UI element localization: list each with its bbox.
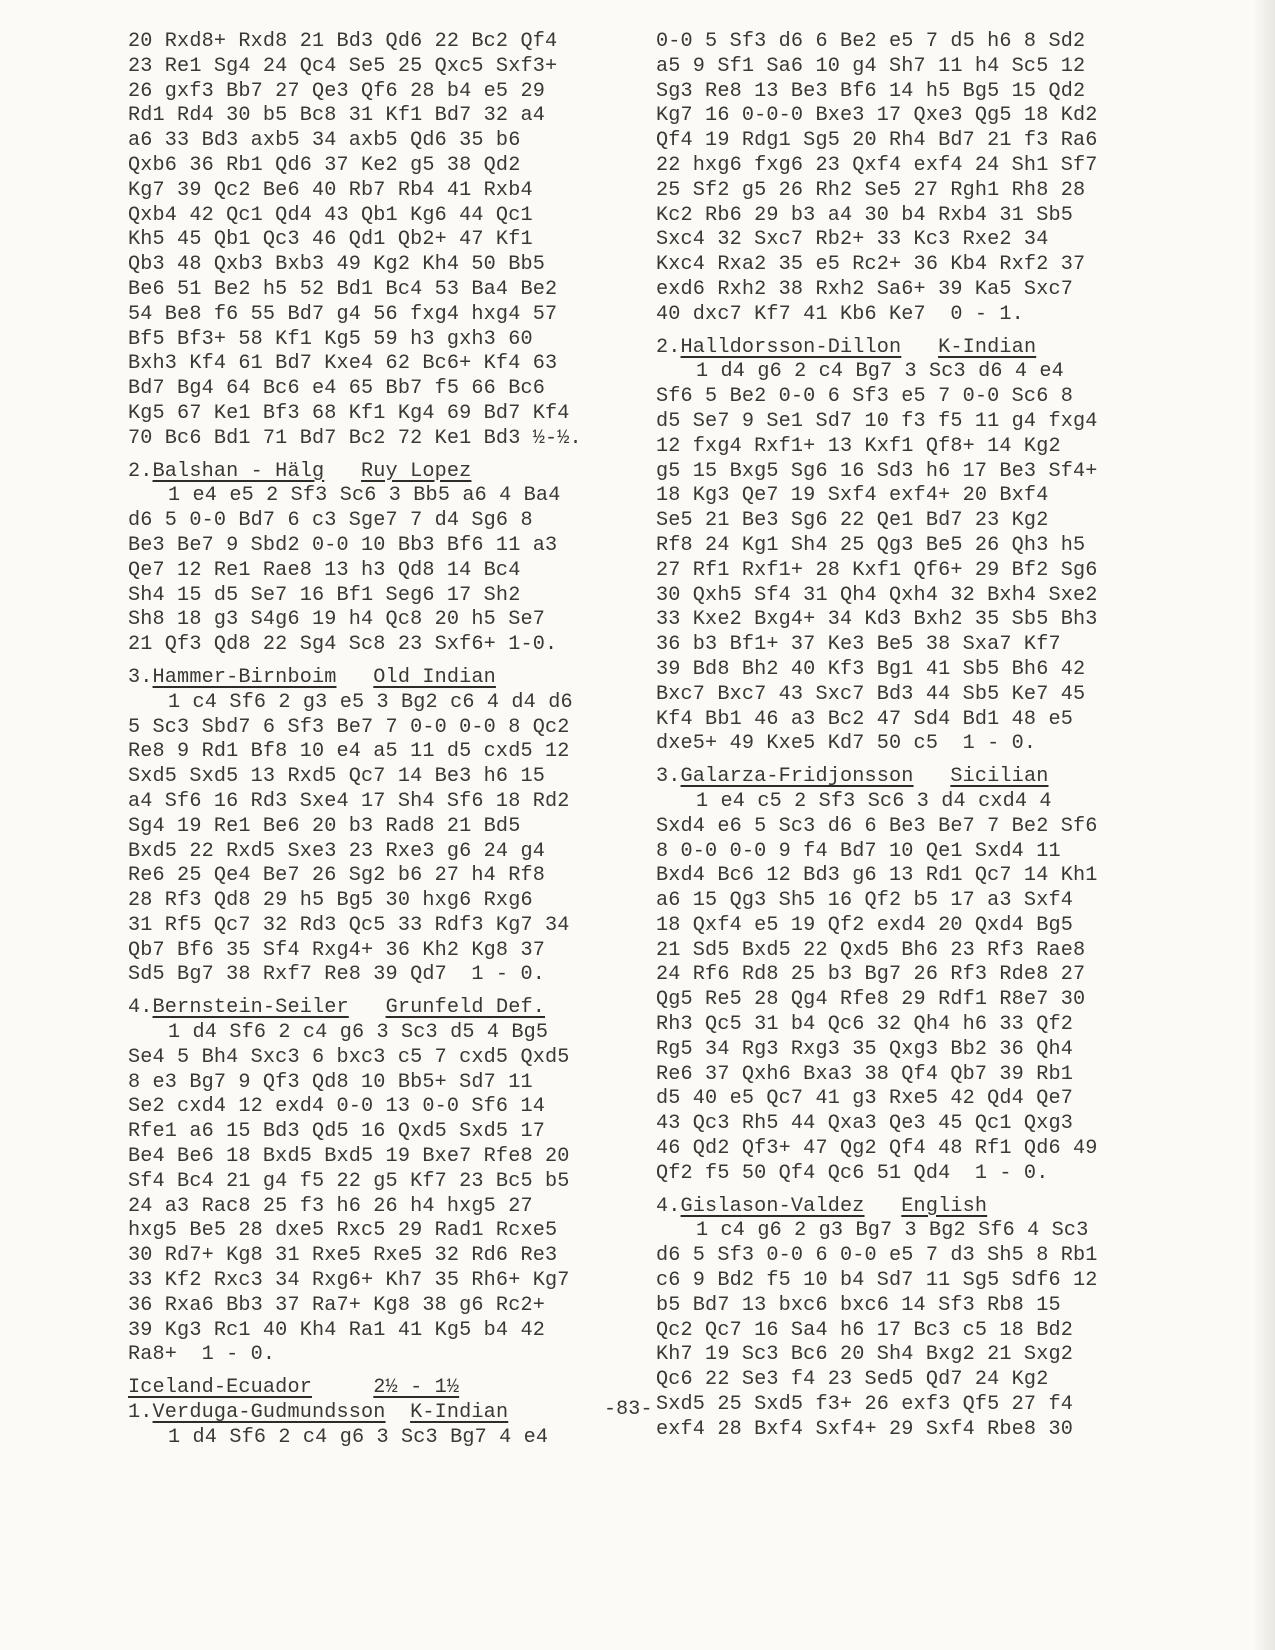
game-move-line: Qxb4 42 Qc1 Qd4 43 Qb1 Kg6 44 Qc1 [128, 204, 608, 229]
game-number: 3. [656, 765, 681, 788]
game-move-line: 70 Bc6 Bd1 71 Bd7 Bc2 72 Ke1 Bd3 ½-½. [128, 427, 608, 452]
game-move-line: 33 Kxe2 Bxg4+ 34 Kd3 Bxh2 35 Sb5 Bh3 [656, 608, 1136, 633]
game-move-line: Qb7 Bf6 35 Sf4 Rxg4+ 36 Kh2 Kg8 37 [128, 939, 608, 964]
game-move-line: 24 Rf6 Rd8 25 b3 Bg7 26 Rf3 Rde8 27 [656, 963, 1136, 988]
section-gap [128, 658, 608, 666]
game-move-line: Qg5 Re5 28 Qg4 Rfe8 29 Rdf1 R8e7 30 [656, 988, 1136, 1013]
match-title: Iceland-Ecuador [128, 1376, 312, 1399]
match-header: Iceland-Ecuador 2½ - 1½ [128, 1376, 608, 1401]
game-move-line: 18 Kg3 Qe7 19 Sxf4 exf4+ 20 Bxf4 [656, 484, 1136, 509]
game-move-line: 31 Rf5 Qc7 32 Rd3 Qc5 33 Rdf3 Kg7 34 [128, 914, 608, 939]
game-move-line: Qc6 22 Se3 f4 23 Sed5 Qd7 24 Kg2 [656, 1368, 1136, 1393]
game-move-line: Qf2 f5 50 Qf4 Qc6 51 Qd4 1 - 0. [656, 1162, 1136, 1187]
game-move-line: Sxd5 Sxd5 13 Rxd5 Qc7 14 Be3 h6 15 [128, 765, 608, 790]
match-score: 2½ - 1½ [373, 1376, 459, 1399]
game-opening: K-Indian [410, 1401, 508, 1424]
section-gap [656, 757, 1136, 765]
game-move-line: 28 Rf3 Qd8 29 h5 Bg5 30 hxg6 Rxg6 [128, 889, 608, 914]
game-move-line: 30 Qxh5 Sf4 31 Qh4 Qxh4 32 Bxh4 Sxe2 [656, 584, 1136, 609]
right-column: 0-0 5 Sf3 d6 6 Be2 e5 7 d5 h6 8 Sd2a5 9 … [656, 30, 1136, 1443]
game-move-line: Bf5 Bf3+ 58 Kf1 Kg5 59 h3 gxh3 60 [128, 328, 608, 353]
section-gap [128, 1368, 608, 1376]
game-move-line: Sd5 Bg7 38 Rxf7 Re8 39 Qd7 1 - 0. [128, 963, 608, 988]
game-move-line: 18 Qxf4 e5 19 Qf2 exd4 20 Qxd4 Bg5 [656, 914, 1136, 939]
game-move-line: Re6 37 Qxh6 Bxa3 38 Qf4 Qb7 39 Rb1 [656, 1063, 1136, 1088]
game-move-line: Sg4 19 Re1 Be6 20 b3 Rad8 21 Bd5 [128, 815, 608, 840]
game-move-line: Kg5 67 Ke1 Bf3 68 Kf1 Kg4 69 Bd7 Kf4 [128, 402, 608, 427]
game-move-line: Sf4 Bc4 21 g4 f5 22 g5 Kf7 23 Bc5 b5 [128, 1170, 608, 1195]
game-move-line: 36 b3 Bf1+ 37 Ke3 Be5 38 Sxa7 Kf7 [656, 633, 1136, 658]
game-move-line: 21 Qf3 Qd8 22 Sg4 Sc8 23 Sxf6+ 1-0. [128, 633, 608, 658]
game-move-line: Qxb6 36 Rb1 Qd6 37 Ke2 g5 38 Qd2 [128, 154, 608, 179]
game-move-line: d5 Se7 9 Se1 Sd7 10 f3 f5 11 g4 fxg4 [656, 410, 1136, 435]
game-number: 1. [128, 1401, 153, 1424]
game-move-line: 12 fxg4 Rxf1+ 13 Kxf1 Qf8+ 14 Kg2 [656, 435, 1136, 460]
game-first-move-line: 1 d4 Sf6 2 c4 g6 3 Sc3 d5 4 Bg5 [128, 1021, 608, 1046]
game-move-line: 36 Rxa6 Bb3 37 Ra7+ Kg8 38 g6 Rc2+ [128, 1294, 608, 1319]
game-first-move-line: 1 d4 Sf6 2 c4 g6 3 Sc3 Bg7 4 e4 [128, 1426, 608, 1451]
game-first-move-line: 1 e4 e5 2 Sf3 Sc6 3 Bb5 a6 4 Ba4 [128, 484, 608, 509]
game-move-line: exd6 Rxh2 38 Rxh2 Sa6+ 39 Ka5 Sxc7 [656, 278, 1136, 303]
game-number: 4. [128, 996, 153, 1019]
game-opening: English [901, 1195, 987, 1218]
game-first-move-line: 1 e4 c5 2 Sf3 Sc6 3 d4 cxd4 4 [656, 790, 1136, 815]
game-move-line: Sh8 18 g3 S4g6 19 h4 Qc8 20 h5 Se7 [128, 608, 608, 633]
game-move-line: Bxd4 Bc6 12 Bd3 g6 13 Rd1 Qc7 14 Kh1 [656, 864, 1136, 889]
game-move-line: Qe7 12 Re1 Rae8 13 h3 Qd8 14 Bc4 [128, 559, 608, 584]
game-header: 3.Galarza-Fridjonsson Sicilian [656, 765, 1136, 790]
game-move-line: Kg7 16 0-0-0 Bxe3 17 Qxe3 Qg5 18 Kd2 [656, 104, 1136, 129]
game-move-line: Bd7 Bg4 64 Bc6 e4 65 Bb7 f5 66 Bc6 [128, 377, 608, 402]
game-header: 2.Balshan - Hälg Ruy Lopez [128, 460, 608, 485]
game-move-line: Se2 cxd4 12 exd4 0-0 13 0-0 Sf6 14 [128, 1095, 608, 1120]
game-header: 4.Bernstein-Seiler Grunfeld Def. [128, 996, 608, 1021]
game-move-line: 26 gxf3 Bb7 27 Qe3 Qf6 28 b4 e5 29 [128, 80, 608, 105]
game-move-line: Rh3 Qc5 31 b4 Qc6 32 Qh4 h6 33 Qf2 [656, 1013, 1136, 1038]
game-move-line: Kg7 39 Qc2 Be6 40 Rb7 Rb4 41 Rxb4 [128, 179, 608, 204]
game-header: 2.Halldorsson-Dillon K-Indian [656, 336, 1136, 361]
game-move-line: 0-0 5 Sf3 d6 6 Be2 e5 7 d5 h6 8 Sd2 [656, 30, 1136, 55]
game-number: 2. [656, 336, 681, 359]
game-move-line: Sh4 15 d5 Se7 16 Bf1 Seg6 17 Sh2 [128, 584, 608, 609]
page-edge-shadow [1253, 0, 1275, 1650]
game-move-line: Kxc4 Rxa2 35 e5 Rc2+ 36 Kb4 Rxf2 37 [656, 253, 1136, 278]
game-opening: Sicilian [950, 765, 1048, 788]
game-move-line: Rfe1 a6 15 Bd3 Qd5 16 Qxd5 Sxd5 17 [128, 1120, 608, 1145]
game-move-line: 8 e3 Bg7 9 Qf3 Qd8 10 Bb5+ Sd7 11 [128, 1071, 608, 1096]
game-move-line: Kh7 19 Sc3 Bc6 20 Sh4 Bxg2 21 Sxg2 [656, 1343, 1136, 1368]
game-move-line: Se5 21 Be3 Sg6 22 Qe1 Bd7 23 Kg2 [656, 509, 1136, 534]
game-move-line: Re6 25 Qe4 Be7 26 Sg2 b6 27 h4 Rf8 [128, 864, 608, 889]
game-move-line: 27 Rf1 Rxf1+ 28 Kxf1 Qf6+ 29 Bf2 Sg6 [656, 559, 1136, 584]
game-first-move-line: 1 d4 g6 2 c4 Bg7 3 Sc3 d6 4 e4 [656, 360, 1136, 385]
game-number: 4. [656, 1195, 681, 1218]
game-move-line: Be3 Be7 9 Sbd2 0-0 10 Bb3 Bf6 11 a3 [128, 534, 608, 559]
game-move-line: a4 Sf6 16 Rd3 Sxe4 17 Sh4 Sf6 18 Rd2 [128, 790, 608, 815]
game-players: Halldorsson-Dillon [681, 336, 902, 359]
game-header: 3.Hammer-Birnboim Old Indian [128, 666, 608, 691]
game-move-line: 43 Qc3 Rh5 44 Qxa3 Qe3 45 Qc1 Qxg3 [656, 1112, 1136, 1137]
game-move-line: Re8 9 Rd1 Bf8 10 e4 a5 11 d5 cxd5 12 [128, 740, 608, 765]
game-move-line: a5 9 Sf1 Sa6 10 g4 Sh7 11 h4 Sc5 12 [656, 55, 1136, 80]
game-players: Verduga-Gudmundsson [153, 1401, 386, 1424]
game-move-line: Qf4 19 Rdg1 Sg5 20 Rh4 Bd7 21 f3 Ra6 [656, 129, 1136, 154]
game-move-line: Be6 51 Be2 h5 52 Bd1 Bc4 53 Ba4 Be2 [128, 278, 608, 303]
game-move-line: 46 Qd2 Qf3+ 47 Qg2 Qf4 48 Rf1 Qd6 49 [656, 1137, 1136, 1162]
game-move-line: 22 hxg6 fxg6 23 Qxf4 exf4 24 Sh1 Sf7 [656, 154, 1136, 179]
game-move-line: Sxc4 32 Sxc7 Rb2+ 33 Kc3 Rxe2 34 [656, 228, 1136, 253]
game-move-line: 5 Sc3 Sbd7 6 Sf3 Be7 7 0-0 0-0 8 Qc2 [128, 716, 608, 741]
game-move-line: exf4 28 Bxf4 Sxf4+ 29 Sxf4 Rbe8 30 [656, 1418, 1136, 1443]
game-move-line: Kh5 45 Qb1 Qc3 46 Qd1 Qb2+ 47 Kf1 [128, 228, 608, 253]
game-move-line: 20 Rxd8+ Rxd8 21 Bd3 Qd6 22 Bc2 Qf4 [128, 30, 608, 55]
section-gap [128, 452, 608, 460]
game-move-line: a6 15 Qg3 Sh5 16 Qf2 b5 17 a3 Sxf4 [656, 889, 1136, 914]
game-opening: Old Indian [373, 666, 496, 689]
game-players: Balshan - Hälg [153, 460, 325, 483]
game-move-line: Ra8+ 1 - 0. [128, 1343, 608, 1368]
game-move-line: 54 Be8 f6 55 Bd7 g4 56 fxg4 hxg4 57 [128, 303, 608, 328]
game-first-move-line: 1 c4 g6 2 g3 Bg7 3 Bg2 Sf6 4 Sc3 [656, 1219, 1136, 1244]
game-move-line: Se4 5 Bh4 Sxc3 6 bxc3 c5 7 cxd5 Qxd5 [128, 1046, 608, 1071]
game-move-line: dxe5+ 49 Kxe5 Kd7 50 c5 1 - 0. [656, 732, 1136, 757]
game-move-line: Kc2 Rb6 29 b3 a4 30 b4 Rxb4 31 Sb5 [656, 204, 1136, 229]
left-column: 20 Rxd8+ Rxd8 21 Bd3 Qd6 22 Bc2 Qf423 Re… [128, 30, 608, 1451]
game-move-line: d5 40 e5 Qc7 41 g3 Rxe5 42 Qd4 Qe7 [656, 1087, 1136, 1112]
game-players: Hammer-Birnboim [153, 666, 337, 689]
game-move-line: Bxc7 Bxc7 43 Sxc7 Bd3 44 Sb5 Ke7 45 [656, 683, 1136, 708]
game-move-line: 25 Sf2 g5 26 Rh2 Se5 27 Rgh1 Rh8 28 [656, 179, 1136, 204]
game-players: Bernstein-Seiler [153, 996, 349, 1019]
game-number: 3. [128, 666, 153, 689]
game-move-line: 8 0-0 0-0 9 f4 Bd7 10 Qe1 Sxd4 11 [656, 840, 1136, 865]
game-move-line: 30 Rd7+ Kg8 31 Rxe5 Rxe5 32 Rd6 Re3 [128, 1244, 608, 1269]
game-move-line: g5 15 Bxg5 Sg6 16 Sd3 h6 17 Be3 Sf4+ [656, 460, 1136, 485]
game-move-line: Sxd5 25 Sxd5 f3+ 26 exf3 Qf5 27 f4 [656, 1393, 1136, 1418]
section-gap [656, 1187, 1136, 1195]
game-move-line: Sg3 Re8 13 Be3 Bf6 14 h5 Bg5 15 Qd2 [656, 80, 1136, 105]
game-move-line: a6 33 Bd3 axb5 34 axb5 Qd6 35 b6 [128, 129, 608, 154]
game-opening: K-Indian [938, 336, 1036, 359]
game-move-line: b5 Bd7 13 bxc6 bxc6 14 Sf3 Rb8 15 [656, 1294, 1136, 1319]
game-move-line: Sxd4 e6 5 Sc3 d6 6 Be3 Be7 7 Be2 Sf6 [656, 815, 1136, 840]
game-move-line: 21 Sd5 Bxd5 22 Qxd5 Bh6 23 Rf3 Rae8 [656, 939, 1136, 964]
game-players: Gislason-Valdez [681, 1195, 865, 1218]
game-move-line: Qb3 48 Qxb3 Bxb3 49 Kg2 Kh4 50 Bb5 [128, 253, 608, 278]
game-opening: Ruy Lopez [361, 460, 471, 483]
game-move-line: Rf8 24 Kg1 Sh4 25 Qg3 Be5 26 Qh3 h5 [656, 534, 1136, 559]
game-number: 2. [128, 460, 153, 483]
game-move-line: d6 5 Sf3 0-0 6 0-0 e5 7 d3 Sh5 8 Rb1 [656, 1244, 1136, 1269]
game-move-line: Qc2 Qc7 16 Sa4 h6 17 Bc3 c5 18 Bd2 [656, 1319, 1136, 1344]
game-move-line: Rd1 Rd4 30 b5 Bc8 31 Kf1 Bd7 32 a4 [128, 104, 608, 129]
game-move-line: 23 Re1 Sg4 24 Qc4 Se5 25 Qxc5 Sxf3+ [128, 55, 608, 80]
game-move-line: Sf6 5 Be2 0-0 6 Sf3 e5 7 0-0 Sc6 8 [656, 385, 1136, 410]
game-move-line: Bxd5 22 Rxd5 Sxe3 23 Rxe3 g6 24 g4 [128, 840, 608, 865]
game-move-line: hxg5 Be5 28 dxe5 Rxc5 29 Rad1 Rcxe5 [128, 1219, 608, 1244]
game-move-line: 39 Bd8 Bh2 40 Kf3 Bg1 41 Sb5 Bh6 42 [656, 658, 1136, 683]
game-move-line: Rg5 34 Rg3 Rxg3 35 Qxg3 Bb2 36 Qh4 [656, 1038, 1136, 1063]
section-gap [656, 328, 1136, 336]
game-move-line: Kf4 Bb1 46 a3 Bc2 47 Sd4 Bd1 48 e5 [656, 708, 1136, 733]
game-move-line: Bxh3 Kf4 61 Bd7 Kxe4 62 Bc6+ Kf4 63 [128, 352, 608, 377]
section-gap [128, 988, 608, 996]
game-move-line: 40 dxc7 Kf7 41 Kb6 Ke7 0 - 1. [656, 303, 1136, 328]
game-move-line: 39 Kg3 Rc1 40 Kh4 Ra1 41 Kg5 b4 42 [128, 1319, 608, 1344]
game-players: Galarza-Fridjonsson [681, 765, 914, 788]
game-move-line: c6 9 Bd2 f5 10 b4 Sd7 11 Sg5 Sdf6 12 [656, 1269, 1136, 1294]
game-move-line: d6 5 0-0 Bd7 6 c3 Sge7 7 d4 Sg6 8 [128, 509, 608, 534]
game-move-line: 33 Kf2 Rxc3 34 Rxg6+ Kh7 35 Rh6+ Kg7 [128, 1269, 608, 1294]
page-number: -83- [604, 1398, 653, 1423]
game-header: 1.Verduga-Gudmundsson K-Indian [128, 1401, 608, 1426]
game-header: 4.Gislason-Valdez English [656, 1195, 1136, 1220]
game-opening: Grunfeld Def. [386, 996, 545, 1019]
game-move-line: Be4 Be6 18 Bxd5 Bxd5 19 Bxe7 Rfe8 20 [128, 1145, 608, 1170]
game-move-line: 24 a3 Rac8 25 f3 h6 26 h4 hxg5 27 [128, 1195, 608, 1220]
game-first-move-line: 1 c4 Sf6 2 g3 e5 3 Bg2 c6 4 d4 d6 [128, 691, 608, 716]
